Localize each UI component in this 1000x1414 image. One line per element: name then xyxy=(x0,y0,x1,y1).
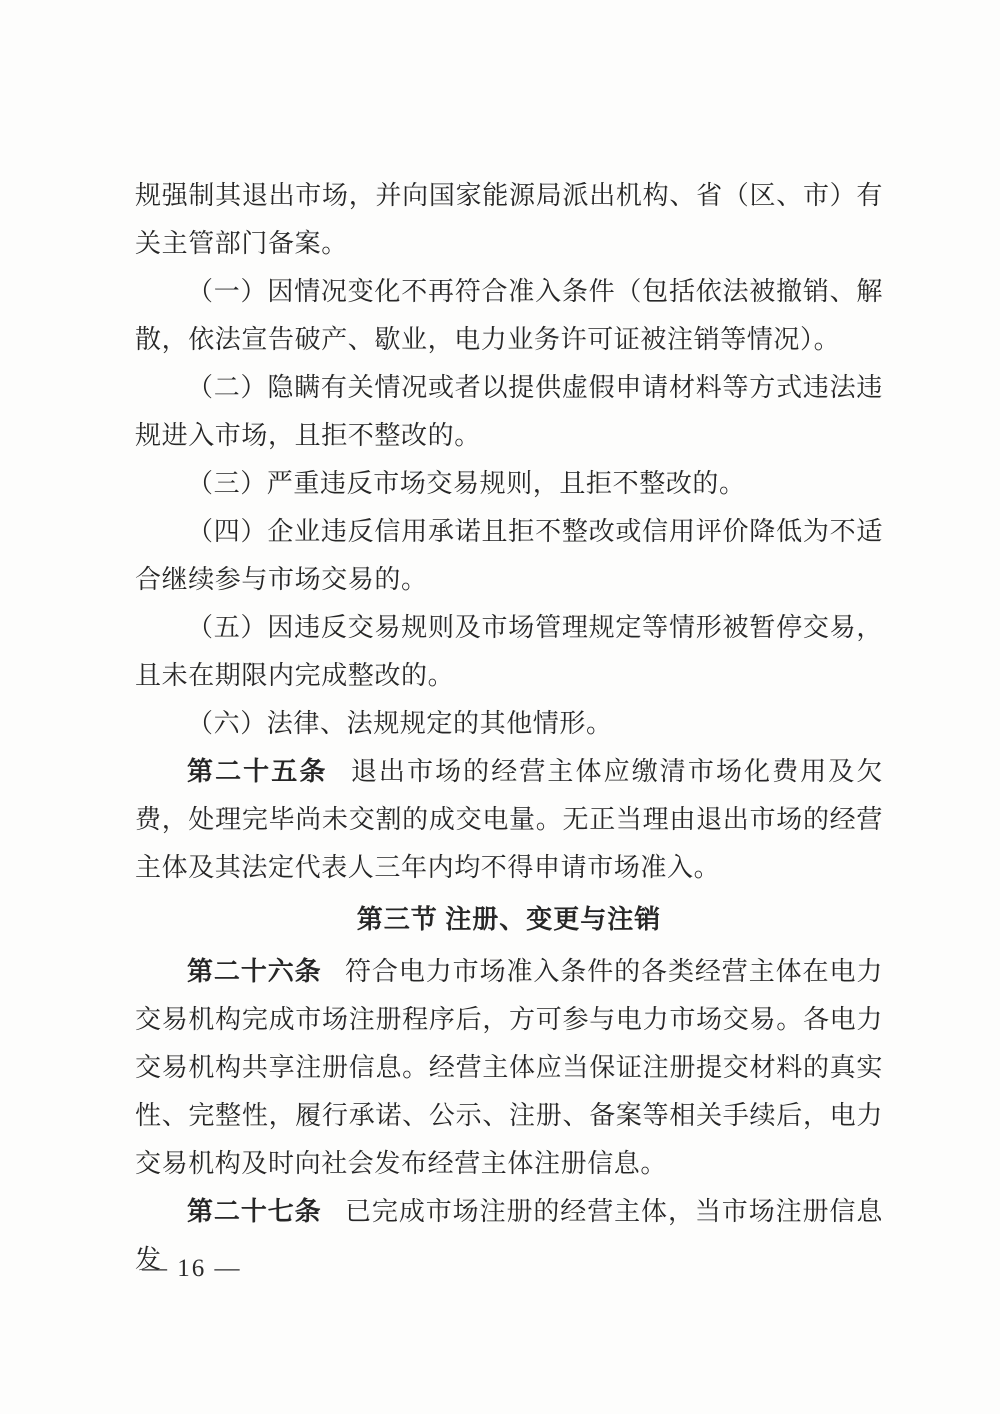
article-26-text: 符合电力市场准入条件的各类经营主体在电力交易机构完成市场注册程序后，方可参与电力… xyxy=(135,957,883,1178)
list-item-1: （一）因情况变化不再符合准入条件（包括依法被撤销、解散，依法宣告破产、歇业，电力… xyxy=(135,268,883,364)
article-27-label: 第二十七条 xyxy=(187,1197,322,1226)
article-26-label: 第二十六条 xyxy=(187,957,322,986)
list-item-6: （六）法律、法规规定的其他情形。 xyxy=(135,700,883,748)
list-item-3: （三）严重违反市场交易规则，且拒不整改的。 xyxy=(135,460,883,508)
list-item-2: （二）隐瞒有关情况或者以提供虚假申请材料等方式违法违规进入市场，且拒不整改的。 xyxy=(135,364,883,460)
article-27-paragraph: 第二十七条已完成市场注册的经营主体，当市场注册信息发 xyxy=(135,1188,883,1284)
paragraph-continuation: 规强制其退出市场，并向国家能源局派出机构、省（区、市）有关主管部门备案。 xyxy=(135,172,883,268)
article-25-label: 第二十五条 xyxy=(187,757,327,786)
list-item-4: （四）企业违反信用承诺且拒不整改或信用评价降低为不适合继续参与市场交易的。 xyxy=(135,508,883,604)
page-number-footer: — 16 — xyxy=(142,1255,242,1283)
article-25-paragraph: 第二十五条退出市场的经营主体应缴清市场化费用及欠费，处理完毕尚未交割的成交电量。… xyxy=(135,748,883,892)
document-page: 规强制其退出市场，并向国家能源局派出机构、省（区、市）有关主管部门备案。 （一）… xyxy=(0,0,1000,1414)
list-item-5: （五）因违反交易规则及市场管理规定等情形被暂停交易，且未在期限内完成整改的。 xyxy=(135,604,883,700)
article-26-paragraph: 第二十六条符合电力市场准入条件的各类经营主体在电力交易机构完成市场注册程序后，方… xyxy=(135,948,883,1188)
document-content: 规强制其退出市场，并向国家能源局派出机构、省（区、市）有关主管部门备案。 （一）… xyxy=(135,172,883,1284)
section-heading: 第三节 注册、变更与注销 xyxy=(135,896,883,944)
